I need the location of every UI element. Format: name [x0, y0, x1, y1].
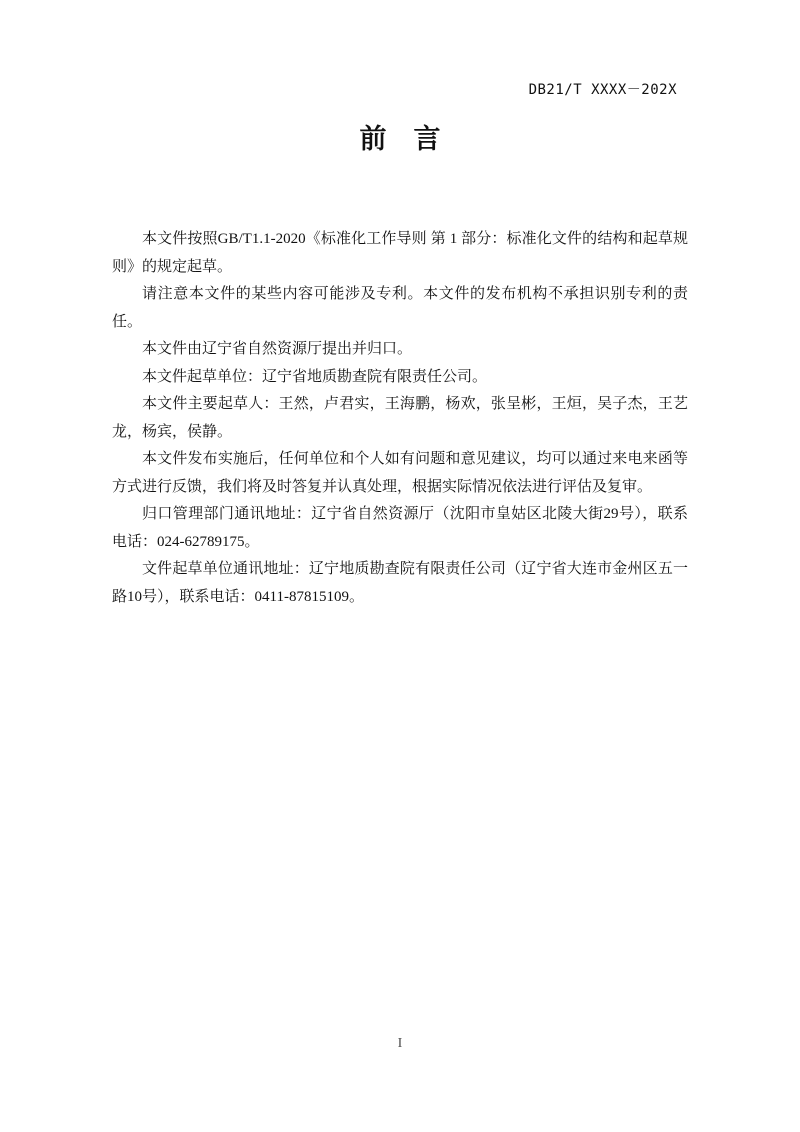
paragraph-authority-contact: 归口管理部门通讯地址：辽宁省自然资源厅（沈阳市皇姑区北陵大街29号），联系电话：…: [112, 501, 688, 556]
document-body: 本文件按照GB/T1.1-2020《标准化工作导则 第 1 部分：标准化文件的结…: [112, 226, 688, 611]
paragraph-main-drafters: 本文件主要起草人：王然，卢君实，王海鹏，杨欢，张呈彬，王烜，吴子杰，王艺龙，杨宾…: [112, 391, 688, 446]
page-number: I: [0, 1036, 800, 1052]
paragraph-feedback-notice: 本文件发布实施后，任何单位和个人如有问题和意见建议，均可以通过来电来函等方式进行…: [112, 446, 688, 501]
paragraph-drafting-organization: 本文件起草单位：辽宁省地质勘查院有限责任公司。: [112, 364, 688, 392]
paragraph-drafter-contact: 文件起草单位通讯地址：辽宁地质勘查院有限责任公司（辽宁省大连市金州区五一路10号…: [112, 556, 688, 611]
document-page: DB21/T XXXX－202X 前 言 本文件按照GB/T1.1-2020《标…: [0, 0, 800, 1132]
paragraph-drafting-rules: 本文件按照GB/T1.1-2020《标准化工作导则 第 1 部分：标准化文件的结…: [112, 226, 688, 281]
page-title: 前 言: [0, 123, 800, 155]
document-code: DB21/T XXXX－202X: [529, 79, 677, 99]
paragraph-patent-notice: 请注意本文件的某些内容可能涉及专利。本文件的发布机构不承担识别专利的责任。: [112, 281, 688, 336]
paragraph-proposing-authority: 本文件由辽宁省自然资源厅提出并归口。: [112, 336, 688, 364]
